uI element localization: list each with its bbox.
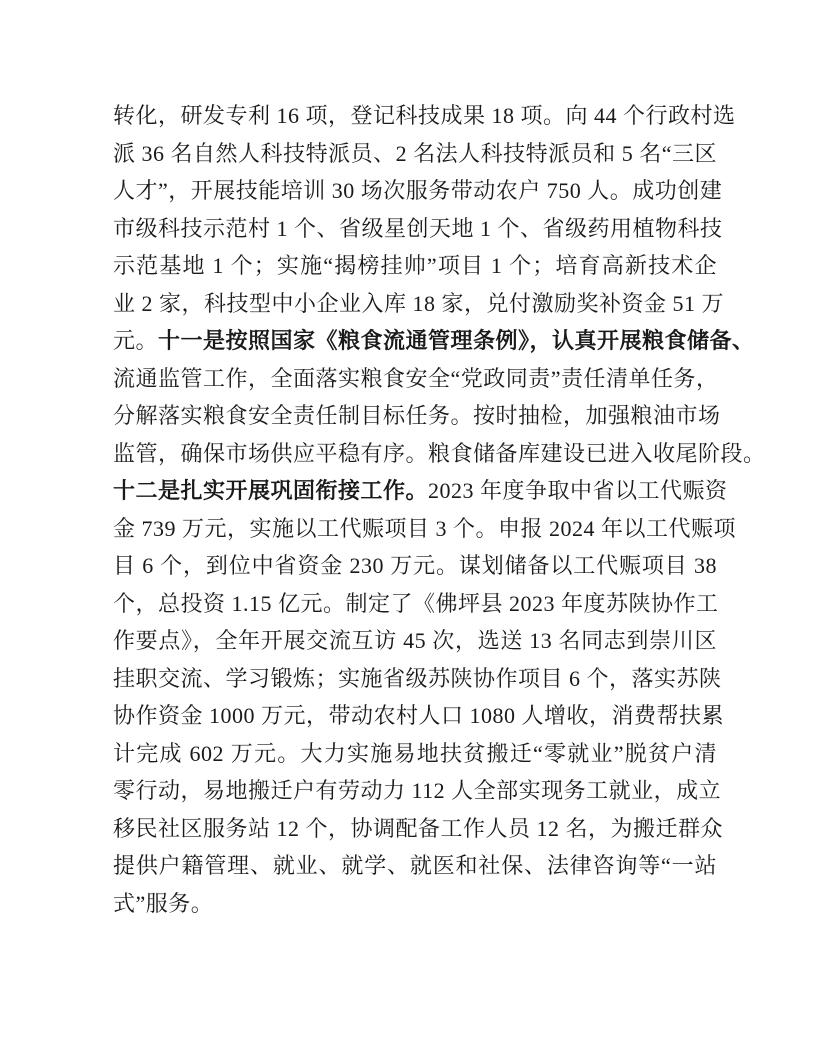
text-segment: 转化，研发专利 16 项，登记科技成果 18 项。向 44 个行政村选 <box>113 103 736 128</box>
text-segment: 元。 <box>113 328 158 353</box>
text-segment: 挂职交流、学习锻炼；实施省级苏陕协作项目 6 个，落实苏陕 <box>113 666 722 691</box>
text-segment: 十二是扎实开展巩固衔接工作。 <box>113 478 428 503</box>
text-segment: 计完成 602 万元。大力实施易地扶贫搬迁“零就业”脱贫户清 <box>113 741 717 766</box>
text-line: 目 6 个，到位中省资金 230 万元。谋划储备以工代赈项目 38 <box>113 547 717 585</box>
text-segment: 零行动，易地搬迁户有劳动力 112 人全部实现务工就业，成立 <box>113 778 721 803</box>
text-line: 挂职交流、学习锻炼；实施省级苏陕协作项目 6 个，落实苏陕 <box>113 660 717 698</box>
text-segment: 移民社区服务站 12 个，协调配备工作人员 12 名，为搬迁群众 <box>113 816 723 841</box>
text-line: 移民社区服务站 12 个，协调配备工作人员 12 名，为搬迁群众 <box>113 810 717 848</box>
text-segment: 目 6 个，到位中省资金 230 万元。谋划储备以工代赈项目 38 <box>113 553 717 578</box>
text-line: 协作资金 1000 万元，带动农村人口 1080 人增收，消费帮扶累 <box>113 697 717 735</box>
text-segment: 式”服务。 <box>113 891 213 916</box>
text-segment: 示范基地 1 个；实施“揭榜挂帅”项目 1 个；培育高新技术企 <box>113 253 717 278</box>
text-segment: 协作资金 1000 万元，带动农村人口 1080 人增收，消费帮扶累 <box>113 703 724 728</box>
document-page: 转化，研发专利 16 项，登记科技成果 18 项。向 44 个行政村选派 36 … <box>0 0 816 1056</box>
text-line: 金 739 万元，实施以工代赈项目 3 个。申报 2024 年以工代赈项 <box>113 510 717 548</box>
text-segment: 人才”，开展技能培训 30 场次服务带动农户 750 人。成功创建 <box>113 178 722 203</box>
text-segment: 2023 年度争取中省以工代赈资 <box>428 478 728 503</box>
text-line: 个，总投资 1.15 亿元。制定了《佛坪县 2023 年度苏陕协作工 <box>113 585 717 623</box>
text-line: 监管，确保市场供应平稳有序。粮食储备库建设已进入收尾阶段。 <box>113 435 717 473</box>
text-line: 分解落实粮食安全责任制目标任务。按时抽检，加强粮油市场 <box>113 397 717 435</box>
text-line: 十二是扎实开展巩固衔接工作。2023 年度争取中省以工代赈资 <box>113 472 717 510</box>
text-segment: 流通监管工作，全面落实粮食安全“党政同责”责任清单任务， <box>113 366 719 391</box>
text-segment: 市级科技示范村 1 个、省级星创天地 1 个、省级药用植物科技 <box>113 216 723 241</box>
text-line: 提供户籍管理、就业、就学、就医和社保、法律咨询等“一站 <box>113 847 717 885</box>
text-line: 业 2 家，科技型中小企业入库 18 家，兑付激励奖补资金 51 万 <box>113 285 717 323</box>
text-segment: 业 2 家，科技型中小企业入库 18 家，兑付激励奖补资金 51 万 <box>113 291 724 316</box>
text-line: 示范基地 1 个；实施“揭榜挂帅”项目 1 个；培育高新技术企 <box>113 247 717 285</box>
text-segment: 派 36 名自然人科技特派员、2 名法人科技特派员和 5 名“三区 <box>113 141 717 166</box>
text-line: 人才”，开展技能培训 30 场次服务带动农户 750 人。成功创建 <box>113 172 717 210</box>
text-line: 零行动，易地搬迁户有劳动力 112 人全部实现务工就业，成立 <box>113 772 717 810</box>
text-segment: 提供户籍管理、就业、就学、就医和社保、法律咨询等“一站 <box>113 853 717 878</box>
text-segment: 十一是按照国家《粮食流通管理条例》，认真开展粮食储备、 <box>158 328 755 353</box>
text-line: 流通监管工作，全面落实粮食安全“党政同责”责任清单任务， <box>113 360 717 398</box>
text-line: 市级科技示范村 1 个、省级星创天地 1 个、省级药用植物科技 <box>113 210 717 248</box>
text-line: 式”服务。 <box>113 885 717 923</box>
text-body: 转化，研发专利 16 项，登记科技成果 18 项。向 44 个行政村选派 36 … <box>113 97 717 922</box>
text-line: 元。十一是按照国家《粮食流通管理条例》，认真开展粮食储备、 <box>113 322 717 360</box>
text-line: 派 36 名自然人科技特派员、2 名法人科技特派员和 5 名“三区 <box>113 135 717 173</box>
text-segment: 作要点》，全年开展交流互访 45 次，选送 13 名同志到崇川区 <box>113 628 717 653</box>
text-segment: 金 739 万元，实施以工代赈项目 3 个。申报 2024 年以工代赈项 <box>113 516 736 541</box>
text-line: 计完成 602 万元。大力实施易地扶贫搬迁“零就业”脱贫户清 <box>113 735 717 773</box>
text-segment: 监管，确保市场供应平稳有序。粮食储备库建设已进入收尾阶段。 <box>113 441 766 466</box>
text-segment: 个，总投资 1.15 亿元。制定了《佛坪县 2023 年度苏陕协作工 <box>113 591 719 616</box>
text-line: 转化，研发专利 16 项，登记科技成果 18 项。向 44 个行政村选 <box>113 97 717 135</box>
text-line: 作要点》，全年开展交流互访 45 次，选送 13 名同志到崇川区 <box>113 622 717 660</box>
text-segment: 分解落实粮食安全责任制目标任务。按时抽检，加强粮油市场 <box>113 403 721 428</box>
